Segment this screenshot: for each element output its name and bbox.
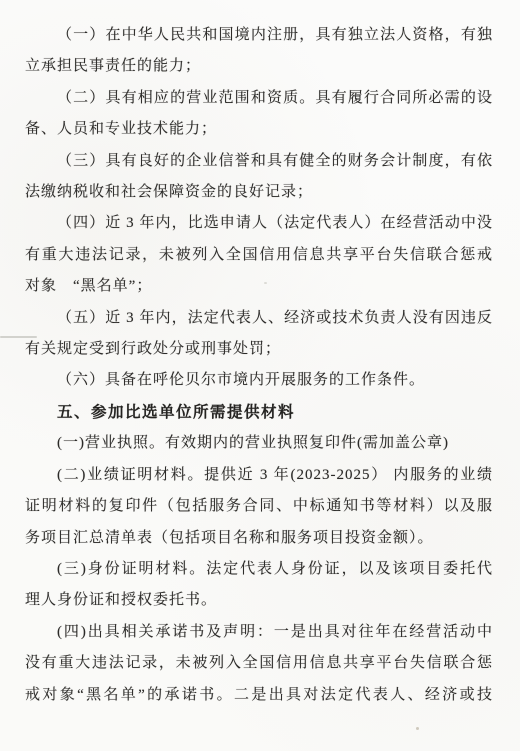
document-line: (二)业绩证明材料。提供近 3 年(2023-2025） 内服务的业绩 [25, 460, 493, 491]
document-line: （三）具有良好的企业信誉和具有健全的财务会计制度，有依 [25, 146, 493, 177]
scan-speck [264, 282, 267, 284]
section-heading: 五、参加比选单位所需提供材料 [25, 397, 493, 428]
document-line: 没有重大违法记录，未被列入全国信用信息共享平台失信联合惩 [25, 648, 493, 679]
scanned-document-page: （一）在中华人民共和国境内注册，具有独立法人资格，有独立承担民事责任的能力；（二… [0, 0, 520, 751]
document-line: 有重大违法记录，未被列入全国信用信息共享平台失信联合惩戒 [25, 240, 493, 271]
document-line: (一)营业执照。有效期内的营业执照复印件(需加盖公章) [25, 428, 493, 459]
scan-speck [416, 727, 419, 730]
document-line: 备、人员和专业技术能力； [25, 114, 493, 145]
document-line: 对象 “黑名单”； [25, 271, 493, 302]
document-line: (三)身份证明材料。法定代表人身份证，以及该项目委托代 [25, 554, 493, 585]
document-line: 有关规定受到行政处分或刑事处罚； [25, 334, 493, 365]
document-line: （四）近 3 年内，比选申请人（法定代表人）在经营活动中没 [25, 208, 493, 239]
document-line: 戒对象“黑名单”的承诺书。二是出具对法定代表人、经济或技 [25, 680, 493, 711]
document-line: 务项目汇总清单表（包括项目名称和服务项目投资金额）。 [25, 523, 493, 554]
document-line: 证明材料的复印件（包括服务合同、中标通知书等材料）以及服 [25, 491, 493, 522]
document-line: （五）近 3 年内，法定代表人、经济或技术负责人没有因违反 [25, 303, 493, 334]
document-line: 立承担民事责任的能力； [25, 51, 493, 82]
document-line: 理人身份证和授权委托书。 [25, 585, 493, 616]
document-text-block: （一）在中华人民共和国境内注册，具有独立法人资格，有独立承担民事责任的能力；（二… [25, 20, 493, 711]
document-line: (四)出具相关承诺书及声明：一是出具对往年在经营活动中 [25, 617, 493, 648]
document-line: 法缴纳税收和社会保障资金的良好记录； [25, 177, 493, 208]
document-line: （二）具有相应的营业范围和资质。具有履行合同所必需的设 [25, 83, 493, 114]
document-line: （六）具备在呼伦贝尔市境内开展服务的工作条件。 [25, 365, 493, 396]
scan-artifact-line [0, 336, 37, 338]
document-line: （一）在中华人民共和国境内注册，具有独立法人资格，有独 [25, 20, 493, 51]
